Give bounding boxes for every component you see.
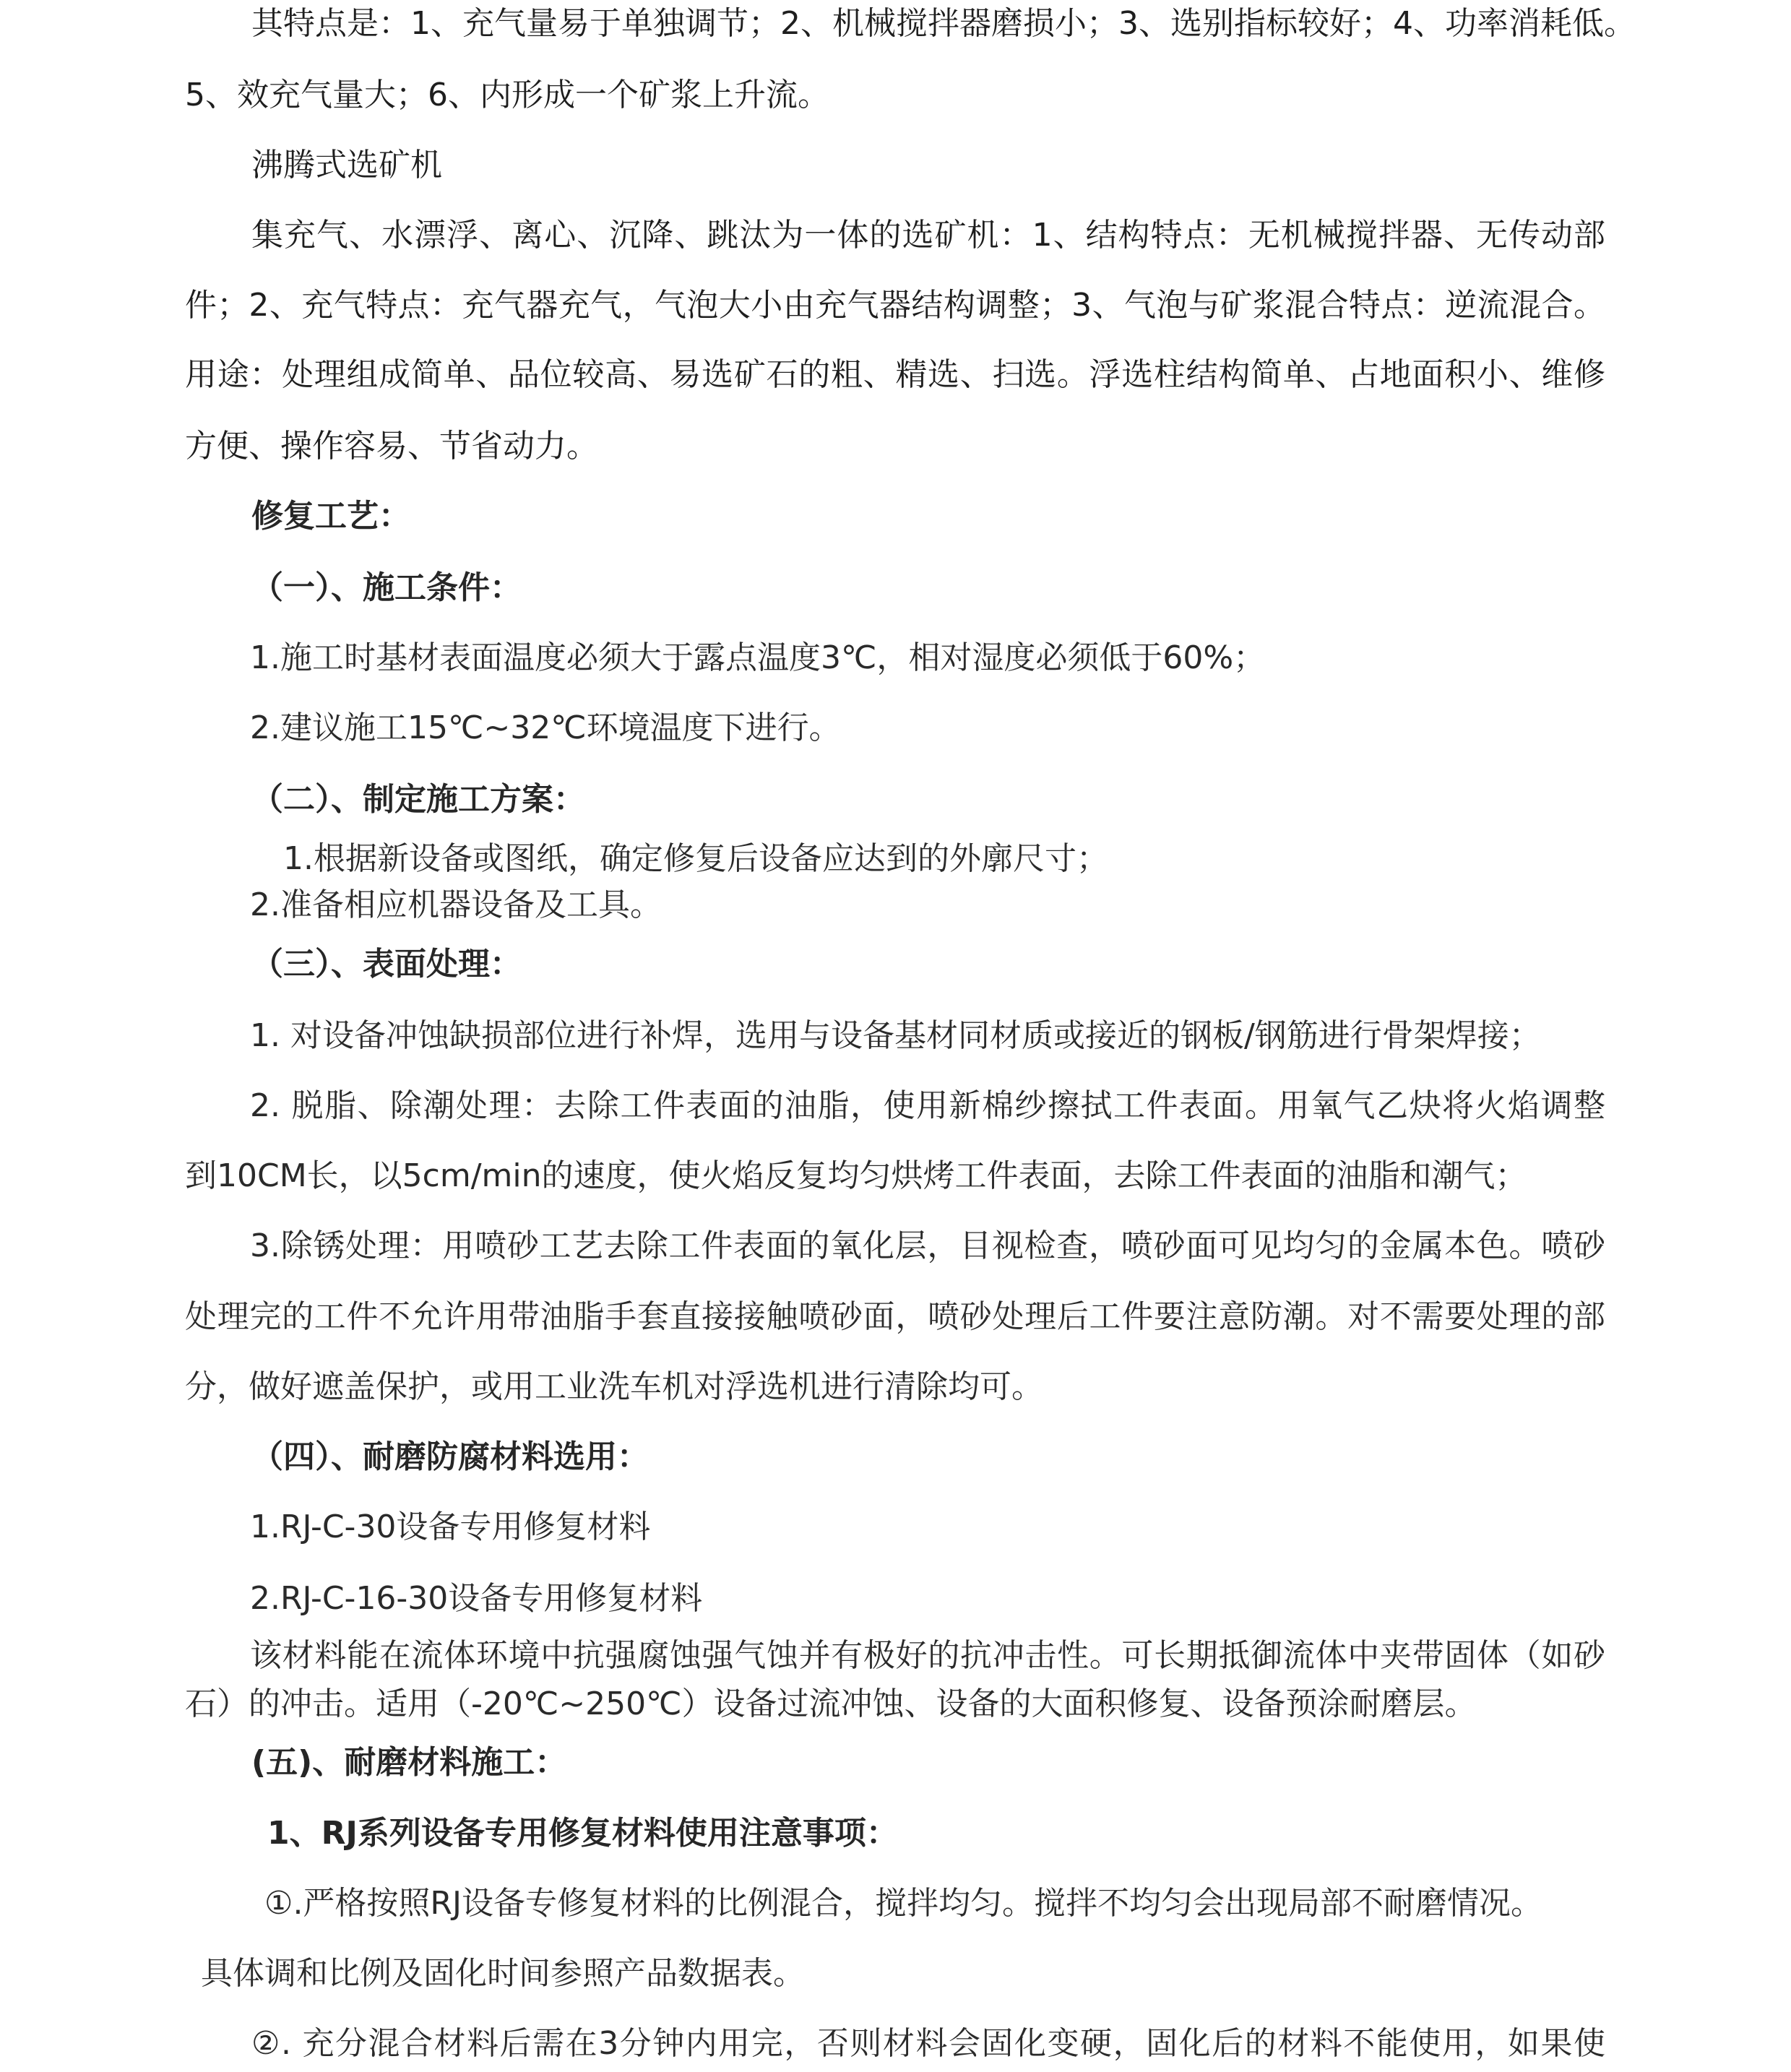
heading-material-application: (五)、耐磨材料施工： [251,1743,566,1783]
list-item-surface-1: 1. 对设备冲蚀缺损部位进行补焊，选用与设备基材同材质或接近的钢板/钢筋进行骨架… [250,1016,1541,1056]
body-text-usage: 用途：处理组成简单、品位较高、易选矿石的粗、精选、扫选。浮选柱结构简单、占地面积… [185,355,1605,395]
list-item-note-1: ①.严格按照RJ设备专修复材料的比例混合，搅拌均匀。搅拌不均匀会出现局部不耐磨情… [264,1883,1542,1924]
list-item-surface-2-cont: 到10CM长，以5cm/min的速度，使火焰反复均匀烘烤工件表面，去除工件表面的… [185,1156,1527,1196]
body-text-material-desc-cont: 石）的冲击。适用（-20℃~250℃）设备过流冲蚀、设备的大面积修复、设备预涂耐… [185,1684,1477,1724]
list-item-condition-1: 1.施工时基材表面温度必须大于露点温度3℃，相对湿度必须低于60%； [250,638,1265,678]
body-text-features: 其特点是：1、充气量易于单独调节；2、机械搅拌器磨损小；3、选别指标较好；4、功… [251,4,1636,44]
list-item-surface-2: 2. 脱脂、除潮处理：去除工件表面的油脂，使用新棉纱擦拭工件表面。用氧气乙炔将火… [250,1086,1605,1126]
list-item-plan-2: 2.准备相应机器设备及工具。 [250,885,662,925]
heading-surface-treatment: （三）、表面处理： [251,944,522,985]
body-text-material-desc: 该材料能在流体环境中抗强腐蚀强气蚀并有极好的抗冲击性。可长期抵御流体中夹带固体（… [250,1636,1605,1676]
list-item-surface-3-cont: 处理完的工件不允许用带油脂手套直接接触喷砂面，喷砂处理后工件要注意防潮。对不需要… [185,1297,1605,1337]
heading-material-selection: （四）、耐磨防腐材料选用： [251,1437,649,1477]
body-text-aeration: 件；2、充气特点：充气器充气，气泡大小由充气器结构调整；3、气泡与矿浆混合特点：… [185,285,1605,326]
list-item-surface-3-end: 分，做好遮盖保护，或用工业洗车机对浮选机进行清除均可。 [185,1367,1043,1407]
heading-repair-process: 修复工艺： [251,496,410,537]
list-item-condition-2: 2.建议施工15℃~32℃环境温度下进行。 [250,708,841,748]
list-item-material-2: 2.RJ-C-16-30设备专用修复材料 [250,1579,702,1619]
subheading-usage-notes: 1、RJ系列设备专用修复材料使用注意事项： [267,1813,898,1854]
heading-construction-conditions: （一）、施工条件： [251,568,522,608]
list-item-note-2: ②. 充分混合材料后需在3分钟内用完，否则材料会固化变硬，固化后的材料不能使用，… [251,2024,1605,2064]
list-item-note-1-cont: 具体调和比例及固化时间参照产品数据表。 [201,1954,805,1994]
subheading-boiling-flotation-machine: 沸腾式选矿机 [251,145,442,186]
body-text-structure: 集充气、水漂浮、离心、沉降、跳汰为一体的选矿机：1、结构特点：无机械搅拌器、无传… [251,215,1605,256]
body-text-usage-cont: 方便、操作容易、节省动力。 [185,426,598,467]
list-item-surface-3: 3.除锈处理：用喷砂工艺去除工件表面的氧化层，目视检查，喷砂面可见均匀的金属本色… [250,1226,1605,1266]
list-item-plan-1: 1.根据新设备或图纸，确定修复后设备应达到的外廓尺寸； [283,839,1108,879]
document-page: 其特点是：1、充气量易于单独调节；2、机械搅拌器磨损小；3、选别指标较好；4、功… [0,0,1791,2072]
body-text-features-cont: 5、效充气量大；6、内形成一个矿浆上升流。 [185,75,829,116]
heading-construction-plan: （二）、制定施工方案： [251,780,585,820]
list-item-material-1: 1.RJ-C-30设备专用修复材料 [250,1507,650,1547]
